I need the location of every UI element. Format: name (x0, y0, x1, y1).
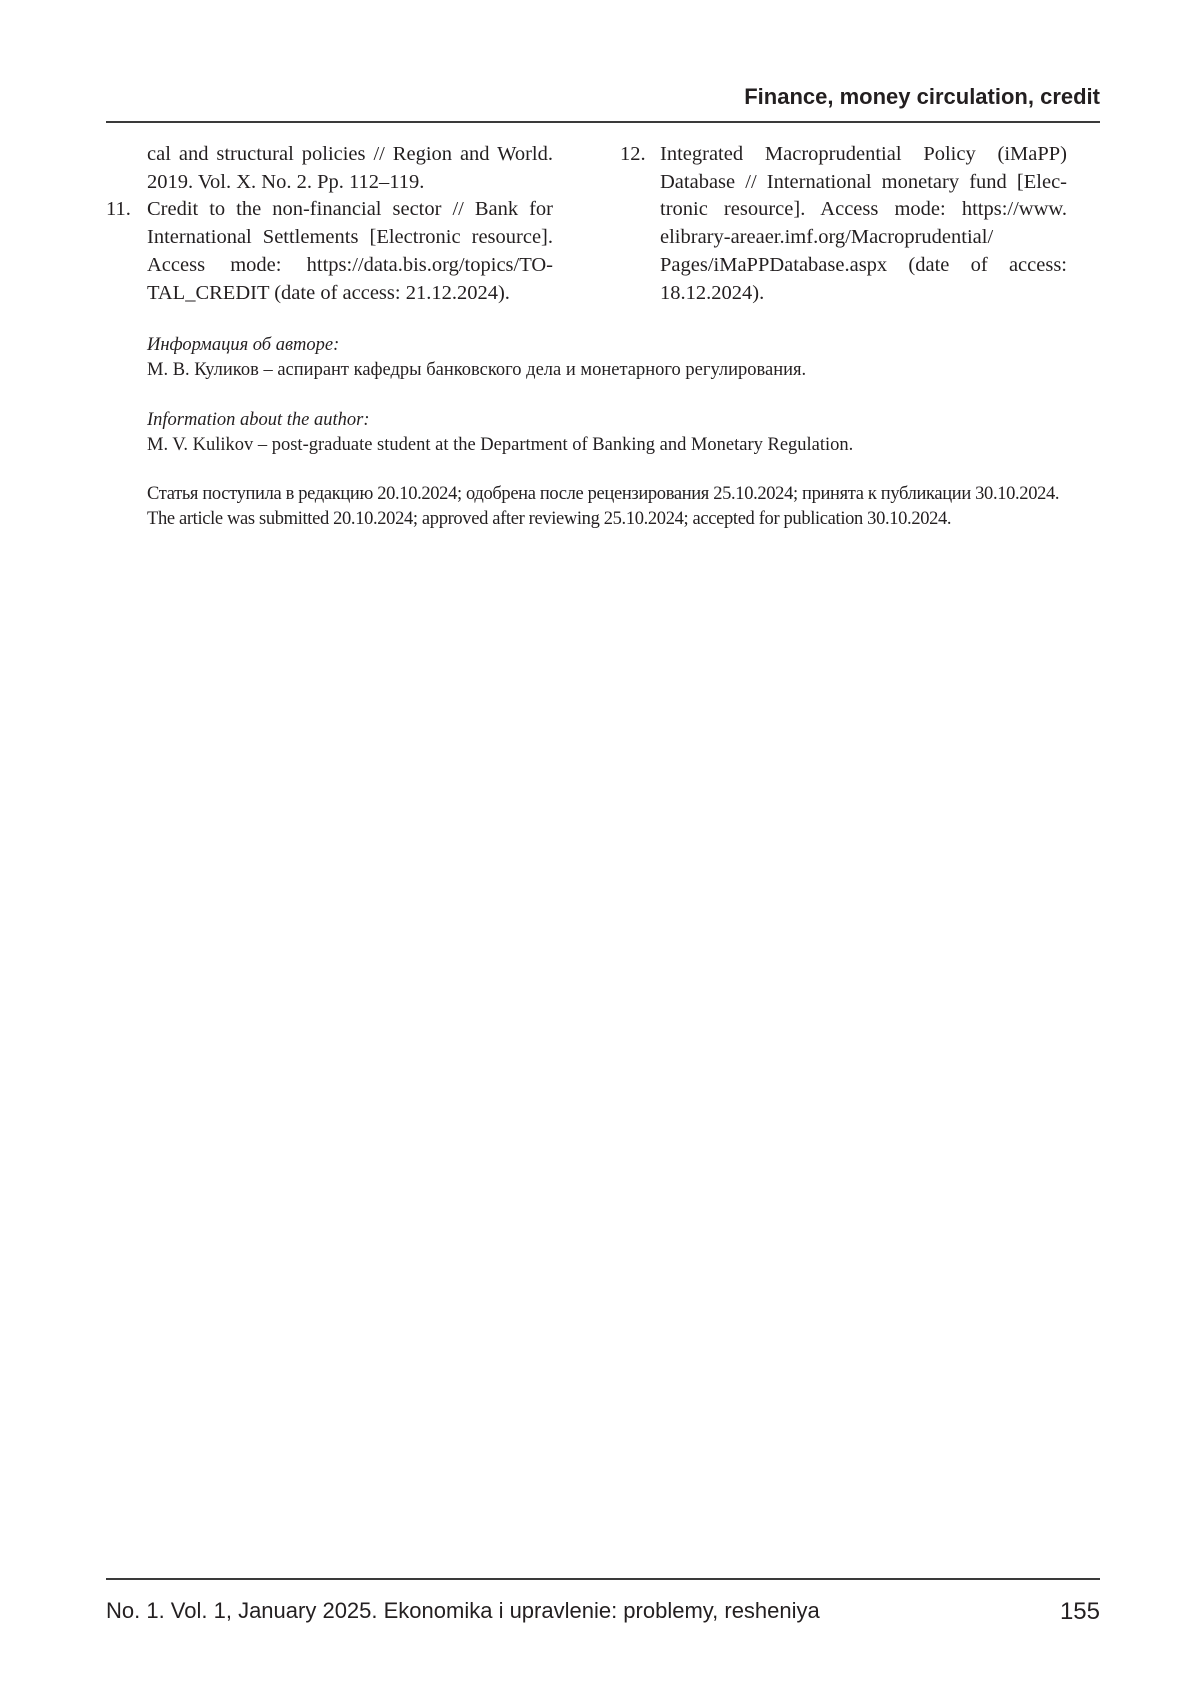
reference-number: 11. (106, 196, 131, 224)
article-dates: Статья поступила в редакцию 20.10.2024; … (147, 482, 1100, 531)
reference-text: cal and structural policies // Region an… (147, 143, 553, 193)
article-dates-en: The article was submitted 20.10.2024; ap… (147, 507, 1100, 532)
author-info-en-text: M. V. Kulikov – post-graduate student at… (147, 433, 1100, 458)
header-rule (106, 121, 1100, 123)
author-info-ru-label: Информация об авторе: (147, 333, 1100, 358)
reference-text: Integrated Macroprudential Policy (iMaPP… (660, 143, 1067, 304)
footer-rule (106, 1578, 1100, 1580)
author-info-en: Information about the author: M. V. Kuli… (147, 408, 1100, 457)
reference-item: cal and structural policies // Region an… (106, 141, 553, 196)
references-right-column: 12. Integrated Macroprudential Policy (i… (620, 141, 1067, 307)
author-info-ru: Информация об авторе: М. В. Куликов – ас… (147, 333, 1100, 382)
running-head-section-title: Finance, money circulation, credit (744, 84, 1100, 110)
article-dates-ru: Статья поступила в редакцию 20.10.2024; … (147, 482, 1100, 507)
page-number: 155 (1060, 1598, 1100, 1626)
author-info-ru-text: М. В. Куликов – аспирант кафедры банковс… (147, 358, 1100, 383)
journal-citation: No. 1. Vol. 1, January 2025. Ekonomika i… (106, 1598, 820, 1626)
reference-number: 12. (620, 141, 646, 169)
reference-item: 11. Credit to the non-financial sector /… (106, 196, 553, 307)
reference-text: Credit to the non-financial sector // Ba… (147, 198, 553, 303)
author-info-en-label: Information about the author: (147, 408, 1100, 433)
references-left-column: cal and structural policies // Region an… (106, 141, 553, 307)
page-footer: No. 1. Vol. 1, January 2025. Ekonomika i… (106, 1598, 1100, 1626)
reference-item: 12. Integrated Macroprudential Policy (i… (620, 141, 1067, 307)
